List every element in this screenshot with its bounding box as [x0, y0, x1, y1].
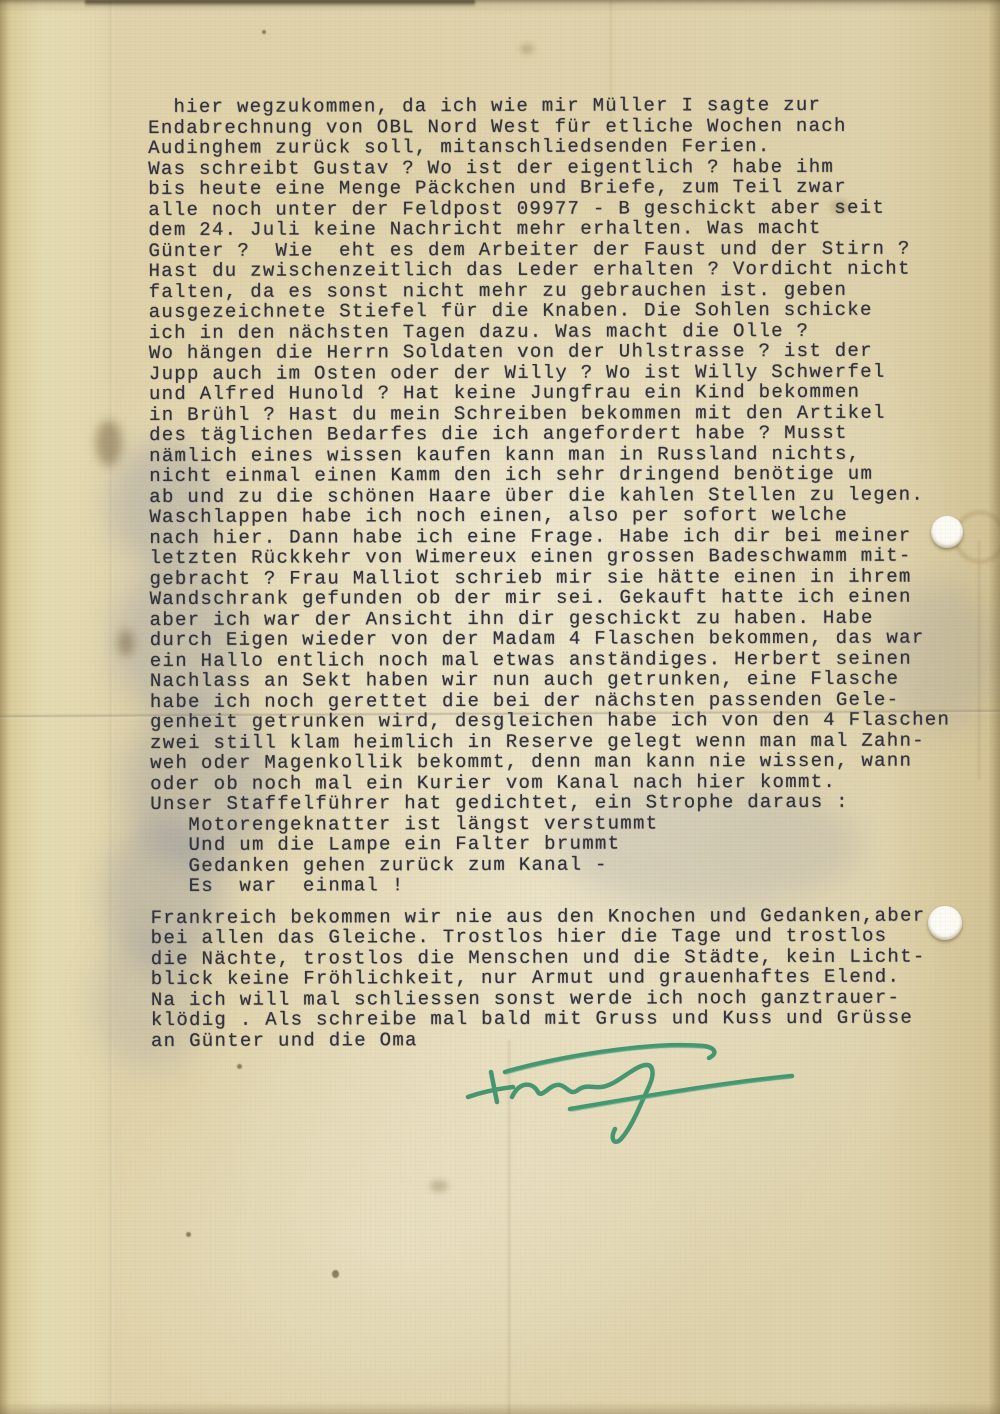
speck: [332, 1270, 339, 1278]
letter-line: Motorengeknatter ist längst verstummt: [150, 812, 980, 835]
letter-line: hier wegzukommen, da ich wie mir Müller …: [148, 94, 978, 117]
scan-edge-left: [0, 0, 10, 1414]
scan-edge-bottom: [0, 1402, 1000, 1414]
letter-page: hier wegzukommen, da ich wie mir Müller …: [0, 0, 1000, 1414]
stain: [118, 630, 134, 656]
speck: [520, 44, 534, 54]
scan-edge-right: [988, 0, 1000, 1414]
vertical-fold-line-left: [110, 0, 113, 1414]
speck: [430, 1180, 448, 1192]
letter-line: in Brühl ? Hast du mein Schreiben bekomm…: [149, 402, 979, 425]
signature: [420, 1030, 840, 1160]
letter-line: alle noch unter der Feldpost 09977 - B g…: [148, 197, 978, 220]
letter-line: oder ob noch mal ein Kurier vom Kanal na…: [150, 771, 980, 794]
letter-line: Was schreibt Gustav ? Wo ist der eigentl…: [148, 156, 978, 179]
scan-edge-top-dark: [85, 0, 475, 7]
letter-line: Und um die Lampe ein Falter brummt: [150, 832, 980, 855]
speck: [186, 1232, 191, 1237]
letter-line: ab und zu die schönen Haare über die kah…: [149, 484, 979, 507]
letter-line: Unser Staffelführer hat gedichtet, ein S…: [150, 791, 980, 814]
letter-line: klödig . Als schreibe mal bald mit Gruss…: [151, 1007, 981, 1030]
speck: [262, 30, 266, 34]
speck: [237, 1064, 242, 1069]
letter-line: Es war einmal !: [150, 873, 980, 896]
letter-line: Endabrechnung von OBL Nord West für etli…: [148, 115, 978, 138]
letter-line: Gedanken gehen zurück zum Kanal -: [150, 853, 980, 876]
paper-left-fold-strip: [0, 0, 118, 1414]
letter-body: hier wegzukommen, da ich wie mir Müller …: [148, 94, 981, 1051]
letter-line: ausgezeichnete Stiefel für die Knaben. D…: [149, 299, 979, 322]
letter-line: weh oder Magenkollik bekommt, denn man k…: [150, 750, 980, 773]
letter-line: Hast du zwischenzeitlich das Leder erhal…: [149, 258, 979, 281]
letter-line: Audinghem zurück soll, mitanschliedsende…: [148, 135, 978, 158]
